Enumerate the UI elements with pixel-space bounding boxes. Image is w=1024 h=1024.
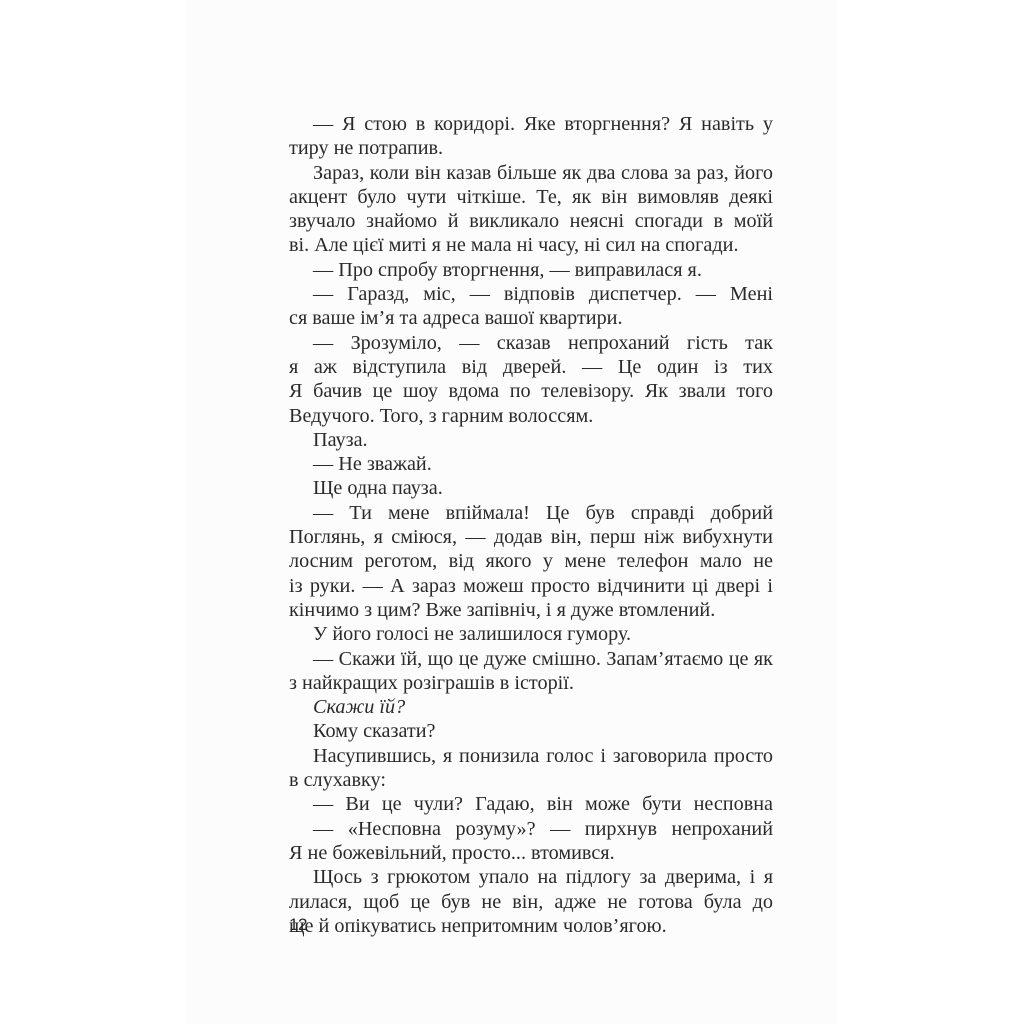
italic-text-line: Скажи їй?	[289, 695, 773, 719]
text-line: кінчимо з цим? Вже запівніч, і я дуже вт…	[289, 598, 773, 622]
text-line: із руки. — А зараз можеш просто відчинит…	[289, 574, 773, 598]
text-line: — Про спробу вторгнення, — виправилася я…	[289, 258, 773, 282]
text-line: — Не зважай.	[289, 452, 773, 476]
text-line: Я не божевільний, просто... втомився.	[289, 841, 773, 865]
text-line: в слухавку:	[289, 768, 773, 792]
text-line: Щось з грюкотом упало на підлогу за двер…	[289, 865, 773, 889]
text-line: я аж відступила від дверей. — Це один із…	[289, 355, 773, 379]
text-line: — Я стою в коридорі. Яке вторгнення? Я н…	[289, 112, 773, 136]
text-line: звучало знайомо й викликало неясні спога…	[289, 209, 773, 233]
text-line: — Ти мене впіймала! Це був справді добри…	[289, 501, 773, 525]
text-line: — «Несповна розуму»? — пирхнув непрохани…	[289, 817, 773, 841]
text-line: Пауза.	[289, 428, 773, 452]
text-line: — Зрозуміло, — сказав непроханий гість т…	[289, 331, 773, 355]
text-line: лилася, щоб це був не він, адже не готов…	[289, 890, 773, 914]
text-line: У його голосі не залишилося гумору.	[289, 622, 773, 646]
text-line: Ведучого. Того, з гарним волоссям.	[289, 404, 773, 428]
text-line: акцент було чути чіткіше. Те, як він вим…	[289, 185, 773, 209]
text-line: ся ваше ім’я та адреса вашої квартири.	[289, 306, 773, 330]
text-line: ві. Але цієї миті я не мала ні часу, ні …	[289, 233, 773, 257]
text-line: — Ви це чули? Гадаю, він може бути неспо…	[289, 792, 773, 816]
text-line: з найкращих розіграшів в історії.	[289, 671, 773, 695]
text-line: Кому сказати?	[289, 719, 773, 743]
text-line: лосним реготом, від якого у мене телефон…	[289, 549, 773, 573]
text-line: ще й опікуватись непритомним чолов’ягою.	[289, 914, 773, 938]
text-line: тиру не потрапив.	[289, 136, 773, 160]
body-text: — Я стою в коридорі. Яке вторгнення? Я н…	[289, 112, 773, 938]
text-line: Я бачив це шоу вдома по телевізору. Як з…	[289, 379, 773, 403]
text-line: Насупившись, я понизила голос і заговори…	[289, 744, 773, 768]
text-line: — Гаразд, міс, — відповів диспетчер. — М…	[289, 282, 773, 306]
book-page: — Я стою в коридорі. Яке вторгнення? Я н…	[186, 0, 837, 1024]
text-line: Поглянь, я сміюся, — додав він, перш ніж…	[289, 525, 773, 549]
text-line: Ще одна пауза.	[289, 476, 773, 500]
text-line: Зараз, коли він казав більше як два слов…	[289, 161, 773, 185]
page-number: 12	[289, 915, 307, 935]
text-line: — Скажи їй, що це дуже смішно. Запам’ята…	[289, 647, 773, 671]
